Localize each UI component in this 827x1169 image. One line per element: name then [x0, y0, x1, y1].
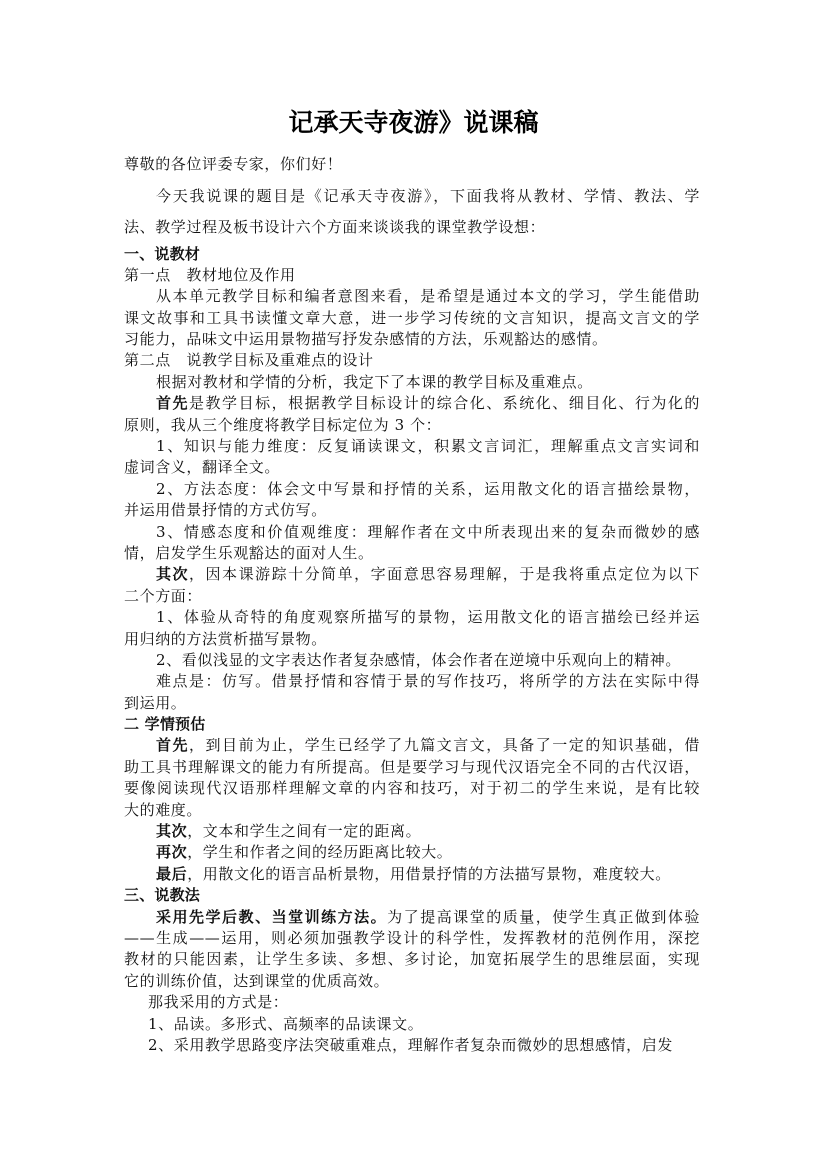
section-heading-textbook: 一、说教材 [124, 244, 704, 265]
paragraph-line: ——生成——运用，则必须加强教学设计的科学性，发挥教材的范例作用，深挖 [124, 928, 700, 949]
goal-item-1-cont: 虚词含义，翻译全文。 [124, 457, 704, 478]
section-heading-teaching-method: 三、说教法 [124, 885, 704, 906]
bold-lead: 首先 [156, 736, 189, 754]
method-item-1: 1、品读。多形式、高频率的品读课文。 [124, 1014, 704, 1035]
paragraph-line: 大的难度。 [124, 800, 704, 821]
paragraph-line: 原则，我从三个维度将教学目标定位为 3 个： [124, 415, 704, 436]
subheading-point-2: 第二点 说教学目标及重难点的设计 [124, 350, 704, 371]
paragraph-line: 要像阅读现代汉语那样理解文章的内容和技巧，对于初二的学生来说，是有比较 [124, 778, 700, 799]
paragraph-line: 习能力，品味文中运用景物描写抒发杂感情的方法，乐观豁达的感情。 [124, 329, 704, 350]
paragraph-line: 采用先学后教、当堂训练方法。为了提高课堂的质量，使学生真正做到体验 [124, 907, 700, 928]
paragraph-line: 首先，到目前为止，学生已经学了九篇文言文，具备了一定的知识基础，借 [124, 735, 700, 756]
paragraph-line: 它的训练价值，达到课堂的优质高效。 [124, 971, 704, 992]
bold-lead: 最后 [156, 865, 187, 883]
goal-item-2: 2、方法态度：体会文中写景和抒情的关系，运用散文化的语言描绘景物， [124, 479, 700, 500]
paragraph-line: 其次，文本和学生之间有一定的距离。 [124, 821, 704, 842]
goal-item-2-cont: 并运用借景抒情的方式仿写。 [124, 500, 704, 521]
paragraph-text: ，用散文化的语言品析景物，用借景抒情的方法描写景物，难度较大。 [187, 865, 671, 883]
paragraph-line: 首先是教学目标，根据教学目标设计的综合化、系统化、细目化、行为化的 [124, 393, 700, 414]
difficulty-line-cont: 到运用。 [124, 693, 704, 714]
bold-lead: 采用先学后教、当堂训练方法。 [156, 908, 387, 926]
goal-item-1: 1、知识与能力维度：反复诵读课文，积累文言词汇，理解重点文言实词和 [124, 436, 700, 457]
paragraph-line: 课文故事和工具书读懂文章大意，进一步学习传统的文言知识，提高文言文的学 [124, 308, 700, 329]
paragraph-text: ，因本课游踪十分简单，字面意思容易理解，于是我将重点定位为以下 [189, 565, 700, 583]
document-title: 记承天寺夜游》说课稿 [0, 106, 827, 140]
paragraph-text: ，学生和作者之间的经历距离比较大。 [187, 843, 452, 861]
goal-item-3-cont: 情，启发学生乐观豁达的面对人生。 [124, 543, 704, 564]
intro-line-1: 今天我说课的题目是《记承天寺夜游》，下面我将从教材、学情、教法、学 [124, 181, 700, 213]
bold-lead: 其次 [156, 565, 189, 583]
paragraph-line: 助工具书理解课文的能力有所提高。但是要学习与现代汉语完全不同的古代汉语， [124, 757, 700, 778]
keypoint-item-1: 1、体验从奇特的角度观察所描写的景物，运用散文化的语言描绘已经并运 [124, 607, 700, 628]
paragraph-line: 从本单元教学目标和编者意图来看，是希望是通过本文的学习，学生能借助 [124, 286, 700, 307]
keypoint-item-1-cont: 用归纳的方法赏析描写景物。 [124, 629, 704, 650]
document-body: 尊敬的各位评委专家，你们好！ 今天我说课的题目是《记承天寺夜游》，下面我将从教材… [124, 149, 704, 1056]
paragraph-text: 为了提高课堂的质量，使学生真正做到体验 [387, 908, 700, 926]
paragraph-text: 是教学目标，根据教学目标设计的综合化、系统化、细目化、行为化的 [189, 394, 700, 412]
method-item-2: 2、采用教学思路变序法突破重难点，理解作者复杂而微妙的思想感情，启发 [124, 1035, 704, 1056]
subheading-point-1: 第一点 教材地位及作用 [124, 265, 704, 286]
paragraph-line: 根据对教材和学情的分析，我定下了本课的教学目标及重难点。 [124, 372, 704, 393]
paragraph-line: 教材的只能因素，让学生多读、多想、多讨论，加宽拓展学生的思维层面，实现 [124, 949, 700, 970]
greeting: 尊敬的各位评委专家，你们好！ [124, 149, 704, 181]
goal-item-3: 3、情感态度和价值观维度：理解作者在文中所表现出来的复杂而微妙的感 [124, 522, 700, 543]
paragraph-line: 二个方面： [124, 586, 704, 607]
paragraph-line: 再次，学生和作者之间的经历距离比较大。 [124, 842, 704, 863]
document-page: 记承天寺夜游》说课稿 尊敬的各位评委专家，你们好！ 今天我说课的题目是《记承天寺… [0, 0, 827, 1169]
paragraph-line: 其次，因本课游踪十分简单，字面意思容易理解，于是我将重点定位为以下 [124, 564, 700, 585]
paragraph-text: ，文本和学生之间有一定的距离。 [187, 822, 421, 840]
methods-intro: 那我采用的方式是： [124, 992, 704, 1013]
bold-lead: 其次 [156, 822, 187, 840]
paragraph-text: ，到目前为止，学生已经学了九篇文言文，具备了一定的知识基础，借 [189, 736, 700, 754]
section-heading-learners: 二 学情预估 [124, 714, 704, 735]
keypoint-item-2: 2、看似浅显的文字表达作者复杂感情，体会作者在逆境中乐观向上的精神。 [124, 650, 704, 671]
bold-lead: 首先 [156, 394, 189, 412]
intro-line-2: 法、教学过程及板书设计六个方面来谈谈我的课堂教学设想： [124, 212, 704, 244]
bold-lead: 再次 [156, 843, 187, 861]
paragraph-line: 最后，用散文化的语言品析景物，用借景抒情的方法描写景物，难度较大。 [124, 864, 704, 885]
difficulty-line: 难点是：仿写。借景抒情和容情于景的写作技巧，将所学的方法在实际中得 [124, 671, 700, 692]
